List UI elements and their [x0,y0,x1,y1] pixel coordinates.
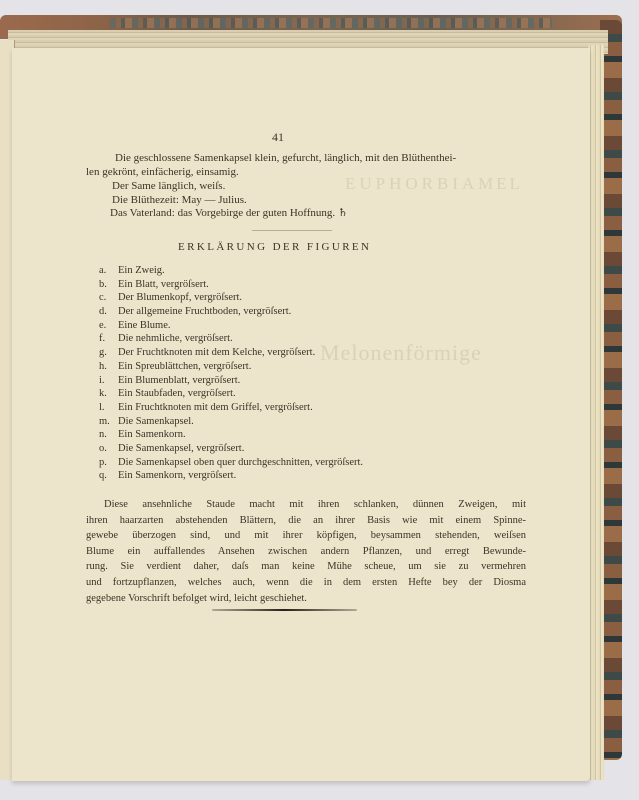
end-ornament-rule [212,609,357,611]
figure-item: k.Ein Staubfaden, vergröſsert. [99,387,363,401]
figure-text: Ein Staubfaden, vergröſsert. [118,388,236,399]
figure-key: q. [99,469,118,483]
figure-item: l.Ein Fruchtknoten mit dem Griffel, verg… [99,401,363,415]
figure-item: q.Ein Samenkorn, vergröſsert. [99,469,363,483]
page-number: 41 [272,130,284,145]
figure-text: Die Samenkapsel, vergröſsert. [118,443,244,454]
figure-text: Der allgemeine Fruchtboden, vergröſsert. [118,306,291,317]
figure-item: b.Ein Blatt, vergröſsert. [99,278,363,292]
figure-item: m.Die Samenkapsel. [99,415,363,429]
figure-text: Ein Spreublättchen, vergröſsert. [118,361,251,372]
figure-item: h.Ein Spreublättchen, vergröſsert. [99,360,363,374]
figure-key: i. [99,374,118,388]
figure-item: n.Ein Samenkorn. [99,428,363,442]
figure-text: Ein Fruchtknoten mit dem Griffel, vergrö… [118,402,313,413]
figure-item: a.Ein Zweig. [99,264,363,278]
figure-item: e.Eine Blume. [99,319,363,333]
figure-text: Ein Samenkorn. [118,429,186,440]
figure-key: e. [99,319,118,333]
figure-text: Ein Blumenblatt, vergröſsert. [118,375,240,386]
figure-key: k. [99,387,118,401]
figure-item: d.Der allgemeine Fruchtboden, vergröſser… [99,305,363,319]
figure-key: l. [99,401,118,415]
figure-text: Eine Blume. [118,320,171,331]
figure-item: p.Die Samenkapsel oben quer durchgeschni… [99,456,363,470]
section-heading: ERKLÄRUNG DER FIGUREN [178,241,371,253]
figure-item: i.Ein Blumenblatt, vergröſsert. [99,374,363,388]
figure-legend-list: a.Ein Zweig. b.Ein Blatt, vergröſsert. c… [99,264,363,483]
figure-key: n. [99,428,118,442]
figure-text: Der Blumenkopf, vergröſsert. [118,292,242,303]
figure-key: b. [99,278,118,292]
paragraph-line: gegebene Vorschrift befolget wird, leich… [86,591,526,607]
figure-text: Ein Blatt, vergröſsert. [118,279,209,290]
paragraph-line: Blume ein auffallendes Ansehen zwischen … [86,544,526,560]
paragraph-line: rung. Sie verdient daher, daſs man keine… [86,559,526,575]
paragraph-line: gewebe überzogen sind, und mit ihrer köp… [86,528,526,544]
figure-item: g.Der Fruchtknoten mit dem Kelche, vergr… [99,346,363,360]
figure-key: p. [99,456,118,470]
figure-key: m. [99,415,118,429]
paragraph-line: Diese ansehnliche Staude macht mit ihren… [86,497,526,513]
intro-line: Die Blüthezeit: May — Julius. [112,194,247,208]
intro-line: Der Same länglich, weiſs. [112,180,225,194]
bleed-through-title: EUPHORBIA [345,174,478,194]
intro-line: Die geschlossene Samenkapsel klein, gefu… [115,152,456,166]
intro-line: Das Vaterland: das Vorgebirge der guten … [110,207,348,221]
figure-key: a. [99,264,118,278]
paragraph-line: und fortzupflanzen, welches auch, wenn d… [86,575,526,591]
figure-text: Die nehmliche, vergröſsert. [118,333,233,344]
description-paragraph: Diese ansehnliche Staude macht mit ihren… [86,497,526,606]
section-divider [252,230,332,231]
figure-key: f. [99,332,118,346]
paragraph-line: ihren haarzarten abstehenden Blättern, d… [86,513,526,529]
figure-text: Ein Zweig. [118,265,165,276]
figure-item: f.Die nehmliche, vergröſsert. [99,332,363,346]
figure-item: c.Der Blumenkopf, vergröſsert. [99,291,363,305]
figure-text: Die Samenkapsel oben quer durchgeschnitt… [118,457,363,468]
figure-key: g. [99,346,118,360]
page-stack-right [588,45,604,780]
figure-key: h. [99,360,118,374]
figure-text: Ein Samenkorn, vergröſsert. [118,470,236,481]
intro-line: len gekrönt, einfächerig, einsamig. [86,166,239,180]
figure-key: o. [99,442,118,456]
figure-text: Die Samenkapsel. [118,416,194,427]
figure-text: Der Fruchtknoten mit dem Kelche, vergröſ… [118,347,315,358]
figure-item: o.Die Samenkapsel, vergröſsert. [99,442,363,456]
bleed-through-title-2: MEL [478,174,523,194]
figure-key: c. [99,291,118,305]
figure-key: d. [99,305,118,319]
